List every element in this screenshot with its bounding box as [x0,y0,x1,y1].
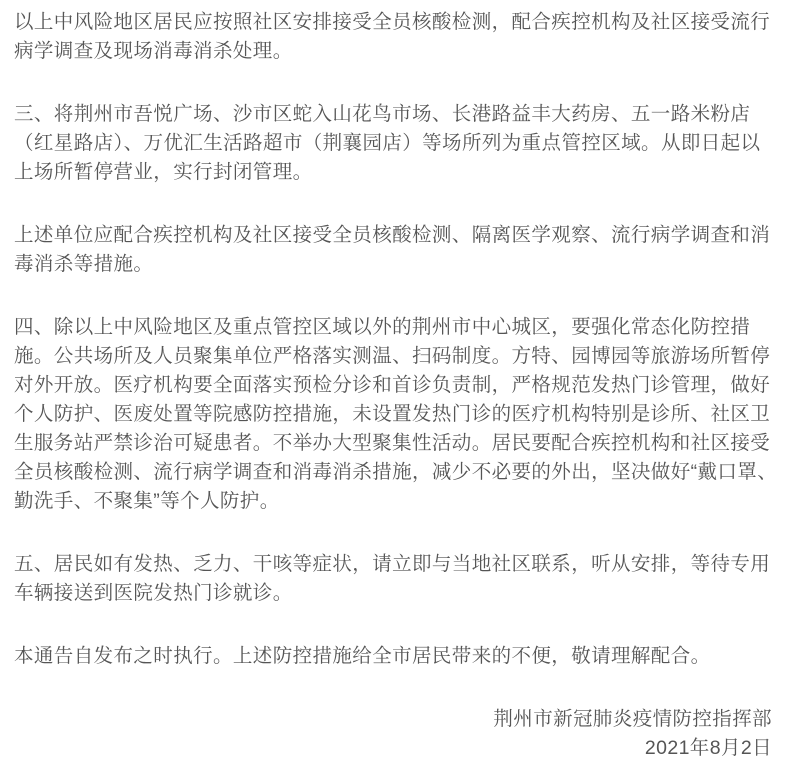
notice-line: 三、将荆州市吾悦广场、沙市区蛇入山花鸟市场、长港路益丰大药房、五一路米粉店 [14,100,772,129]
notice-body: 以上中风险地区居民应按照社区安排接受全员核酸检测，配合疾控机构及社区接受流行病学… [14,8,772,671]
notice-paragraph: 以上中风险地区居民应按照社区安排接受全员核酸检测，配合疾控机构及社区接受流行病学… [14,8,772,66]
notice-line: 五、居民如有发热、乏力、干咳等症状，请立即与当地社区联系，听从安排，等待专用 [14,550,772,579]
notice-line: 生服务站严禁诊治可疑患者。不举办大型聚集性活动。居民要配合疾控机构和社区接受 [14,429,772,458]
notice-line: 上场所暂停营业，实行封闭管理。 [14,158,772,187]
notice-paragraph: 本通告自发布之时执行。上述防控措施给全市居民带来的不便，敬请理解配合。 [14,642,772,671]
notice-line: 毒消杀等措施。 [14,250,772,279]
notice-paragraph: 三、将荆州市吾悦广场、沙市区蛇入山花鸟市场、长港路益丰大药房、五一路米粉店（红星… [14,100,772,187]
notice-document: 以上中风险地区居民应按照社区安排接受全员核酸检测，配合疾控机构及社区接受流行病学… [0,0,786,763]
signature-block: 荆州市新冠肺炎疫情防控指挥部 2021年8月2日 [14,705,772,763]
notice-paragraph: 四、除以上中风险地区及重点管控区域以外的荆州市中心城区，要强化常态化防控措施。公… [14,313,772,516]
notice-line: 个人防护、医废处置等院感防控措施，未设置发热门诊的医疗机构特别是诊所、社区卫 [14,400,772,429]
notice-paragraph: 上述单位应配合疾控机构及社区接受全员核酸检测、隔离医学观察、流行病学调查和消毒消… [14,221,772,279]
notice-line: 上述单位应配合疾控机构及社区接受全员核酸检测、隔离医学观察、流行病学调查和消 [14,221,772,250]
notice-line: 对外开放。医疗机构要全面落实预检分诊和首诊负责制，严格规范发热门诊管理，做好 [14,371,772,400]
notice-line: 勤洗手、不聚集”等个人防护。 [14,487,772,516]
notice-line: 四、除以上中风险地区及重点管控区域以外的荆州市中心城区，要强化常态化防控措 [14,313,772,342]
notice-line: （红星路店）、万优汇生活路超市（荆襄园店）等场所列为重点管控区域。从即日起以 [14,129,772,158]
notice-line: 车辆接送到医院发热门诊就诊。 [14,579,772,608]
issuer-name: 荆州市新冠肺炎疫情防控指挥部 [14,705,772,734]
notice-paragraph: 五、居民如有发热、乏力、干咳等症状，请立即与当地社区联系，听从安排，等待专用车辆… [14,550,772,608]
notice-line: 施。公共场所及人员聚集单位严格落实测温、扫码制度。方特、园博园等旅游场所暂停 [14,342,772,371]
issue-date: 2021年8月2日 [14,734,772,763]
notice-line: 全员核酸检测、流行病学调查和消毒消杀措施，减少不必要的外出，坚决做好“戴口罩、 [14,458,772,487]
notice-line: 病学调查及现场消毒消杀处理。 [14,37,772,66]
notice-line: 本通告自发布之时执行。上述防控措施给全市居民带来的不便，敬请理解配合。 [14,642,772,671]
notice-line: 以上中风险地区居民应按照社区安排接受全员核酸检测，配合疾控机构及社区接受流行 [14,8,772,37]
